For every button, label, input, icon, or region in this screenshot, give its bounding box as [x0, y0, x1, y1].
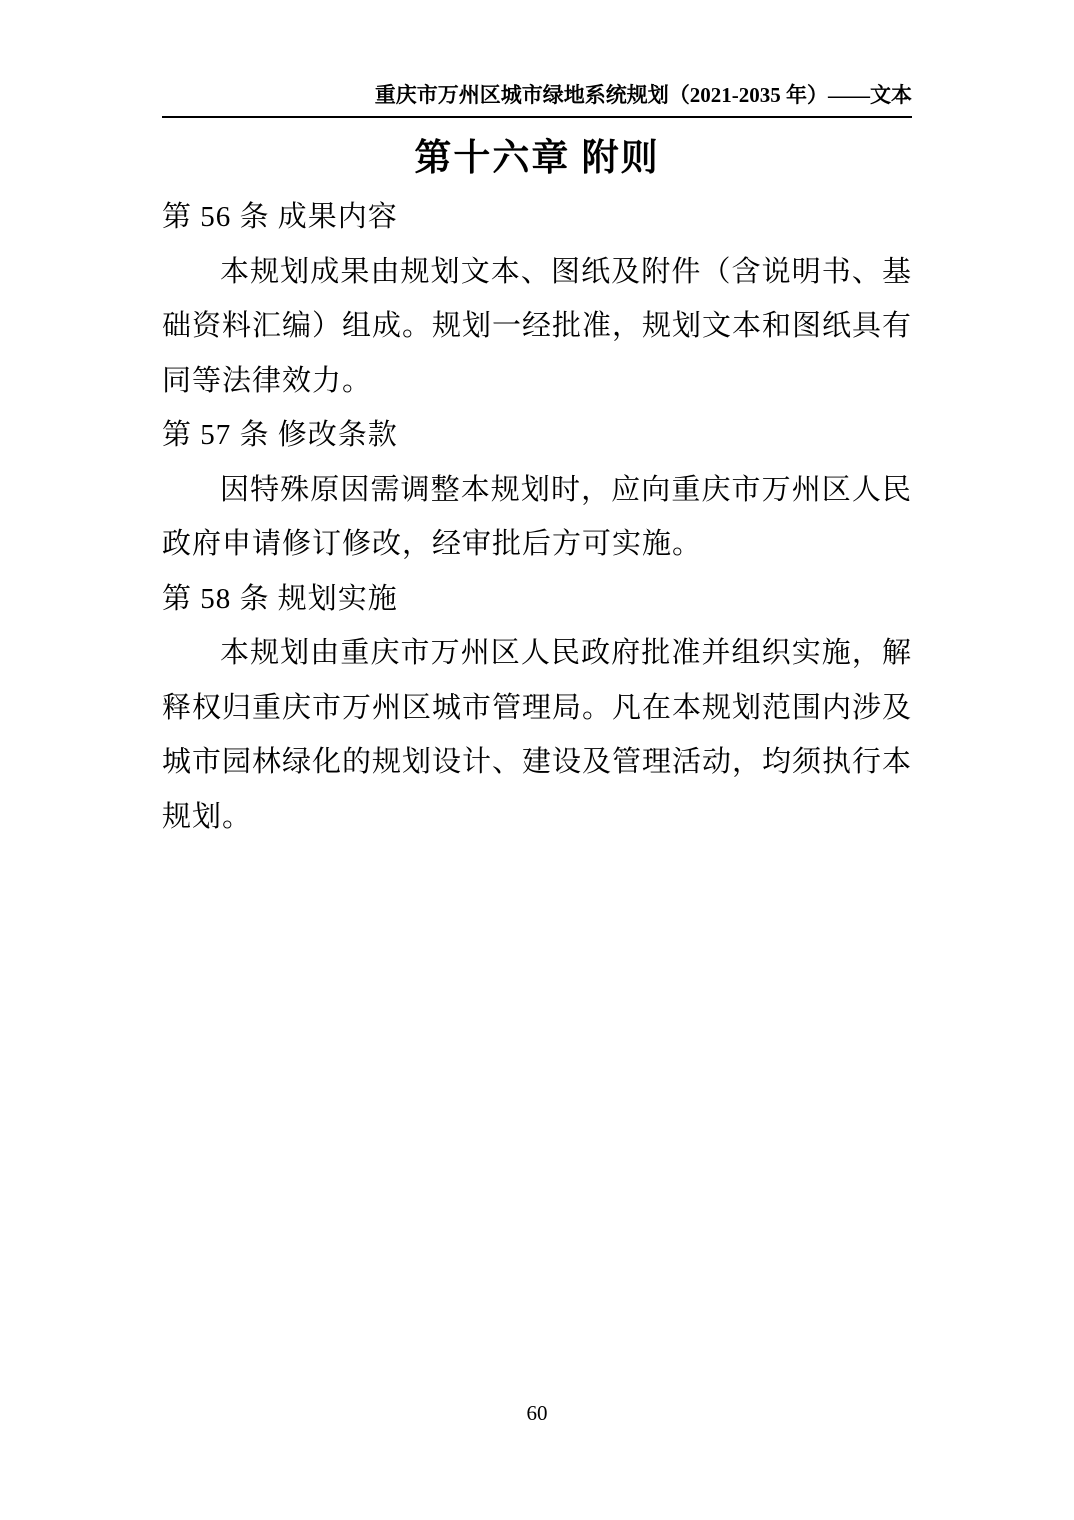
section-heading-article-57: 第 57 条 修改条款: [162, 408, 912, 463]
document-page: 重庆市万州区城市绿地系统规划（2021-2035 年）——文本 第十六章 附则 …: [0, 0, 1074, 1520]
section-paragraph-article-58: 本规划由重庆市万州区人民政府批准并组织实施，解释权归重庆市万州区城市管理局。凡在…: [162, 626, 912, 844]
chapter-title: 第十六章 附则: [162, 134, 912, 184]
section-paragraph-article-56: 本规划成果由规划文本、图纸及附件（含说明书、基础资料汇编）组成。规划一经批准，规…: [162, 245, 912, 409]
page-header-title: 重庆市万州区城市绿地系统规划（2021-2035 年）——文本: [162, 82, 912, 108]
document-body: 第 56 条 成果内容 本规划成果由规划文本、图纸及附件（含说明书、基础资料汇编…: [162, 190, 912, 844]
section-heading-article-58: 第 58 条 规划实施: [162, 572, 912, 627]
header-rule: [162, 116, 912, 118]
page-number: 60: [0, 1400, 1074, 1426]
section-paragraph-article-57: 因特殊原因需调整本规划时，应向重庆市万州区人民政府申请修订修改，经审批后方可实施…: [162, 463, 912, 572]
section-heading-article-56: 第 56 条 成果内容: [162, 190, 912, 245]
